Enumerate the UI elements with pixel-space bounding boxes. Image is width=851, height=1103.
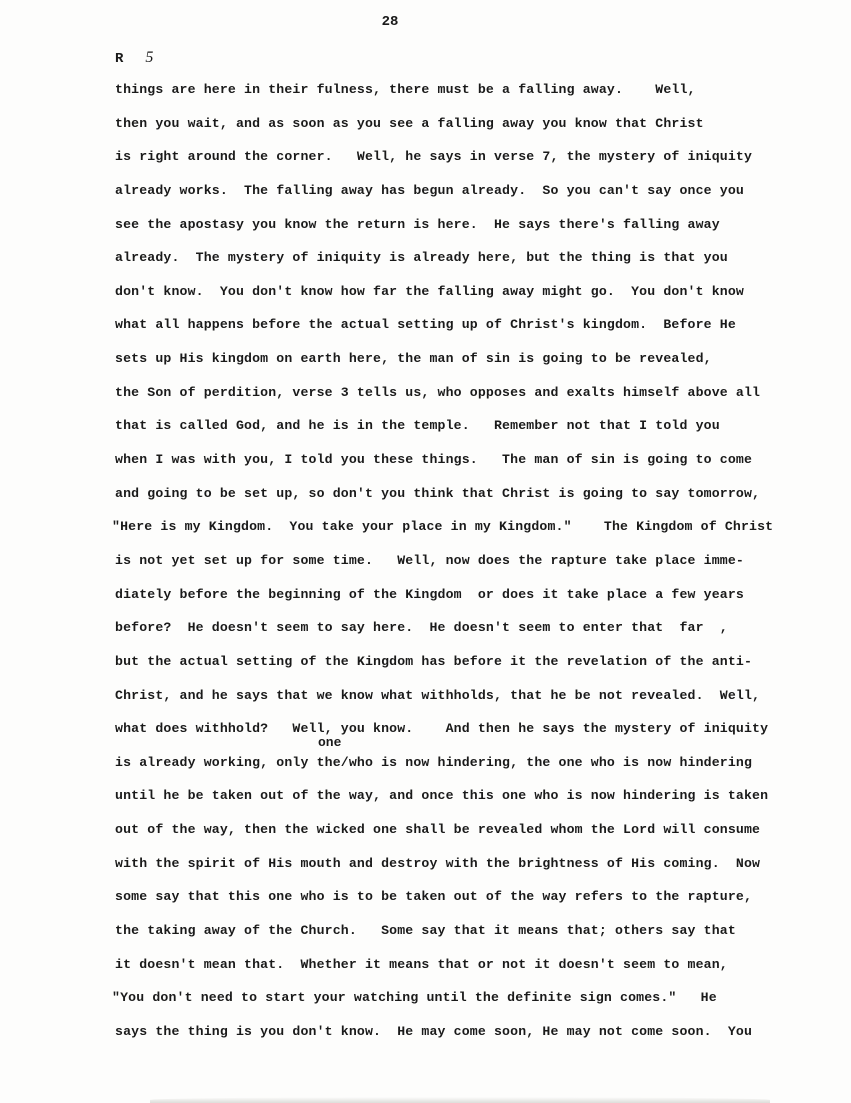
page-edge-shadow [150,1097,770,1103]
text-line: already works. The falling away has begu… [115,180,835,214]
document-page: 28 R5 things are here in their fulness, … [0,0,851,1103]
text-line: with the spirit of His mouth and destroy… [115,853,835,887]
text-line: Christ, and he says that we know what wi… [115,685,835,719]
text-line: "Here is my Kingdom. You take your place… [112,516,835,550]
text-line: the taking away of the Church. Some say … [115,920,835,954]
text-line: before? He doesn't seem to say here. He … [115,617,835,651]
text-line: and going to be set up, so don't you thi… [115,483,835,517]
text-line: "You don't need to start your watching u… [112,987,835,1021]
text-line: but the actual setting of the Kingdom ha… [115,651,835,685]
text-line: until he be taken out of the way, and on… [115,785,835,819]
text-line: diately before the beginning of the King… [115,584,835,618]
text-line: sets up His kingdom on earth here, the m… [115,348,835,382]
text-line: is right around the corner. Well, he say… [115,146,835,180]
section-number: 5 [145,49,153,66]
text-line: some say that this one who is to be take… [115,886,835,920]
text-line: is not yet set up for some time. Well, n… [115,550,835,584]
text-line: things are here in their fulness, there … [115,79,835,113]
text-line: is already working, only the/who is now … [115,752,835,786]
page-number: 28 [0,14,780,30]
text-line: what all happens before the actual setti… [115,314,835,348]
text-line: don't know. You don't know how far the f… [115,281,835,315]
section-letter: R [115,51,123,67]
text-line: see the apostasy you know the return is … [115,214,835,248]
text-line: that is called God, and he is in the tem… [115,415,835,449]
section-mark: R5 [115,49,153,67]
text-line: the Son of perdition, verse 3 tells us, … [115,382,835,416]
text-line: says the thing is you don't know. He may… [115,1021,835,1055]
text-line: when I was with you, I told you these th… [115,449,835,483]
text-line: already. The mystery of iniquity is alre… [115,247,835,281]
body-text: things are here in their fulness, there … [115,79,835,1055]
text-line: out of the way, then the wicked one shal… [115,819,835,853]
text-line: what does withhold? Well, you know. And … [115,718,835,752]
text-line: then you wait, and as soon as you see a … [115,113,835,147]
interlinear-insertion: one [318,735,341,750]
text-line: it doesn't mean that. Whether it means t… [115,954,835,988]
